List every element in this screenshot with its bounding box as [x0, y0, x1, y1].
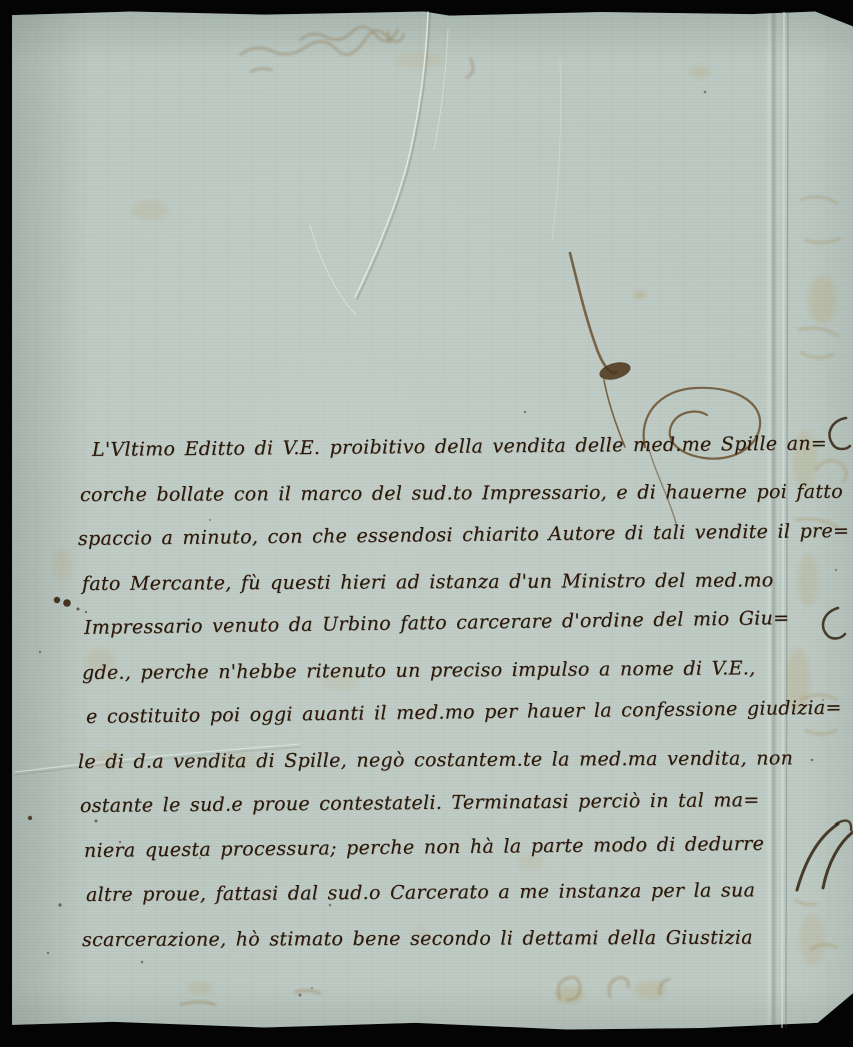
manuscript-line-8: le di d.a vendita di Spille, negò costan…: [78, 736, 790, 784]
manuscript-line-3: spaccio a minuto, con che essendosi chia…: [78, 510, 790, 562]
manuscript-line-1: L'Vltimo Editto di V.E. proibitivo della…: [78, 422, 790, 473]
manuscript-line-11: altre proue, fattasi dal sud.o Carcerato…: [78, 868, 790, 917]
manuscript-line-5: Impressario venuto da Urbino fatto carce…: [78, 596, 791, 650]
manuscript-line-9: ostante le sud.e proue contestateli. Ter…: [78, 778, 790, 829]
letter-body: L'Vltimo Editto di V.E. proibitivo della…: [78, 428, 790, 962]
manuscript-line-12: scarcerazione, hò stimato bene secondo l…: [78, 915, 790, 962]
manuscript-scan: L'Vltimo Editto di V.E. proibitivo della…: [0, 0, 853, 1047]
manuscript-line-7: e costituito poi oggi auanti il med.mo p…: [78, 686, 790, 739]
manuscript-line-10: niera questa processura; perche non hà l…: [78, 821, 790, 873]
